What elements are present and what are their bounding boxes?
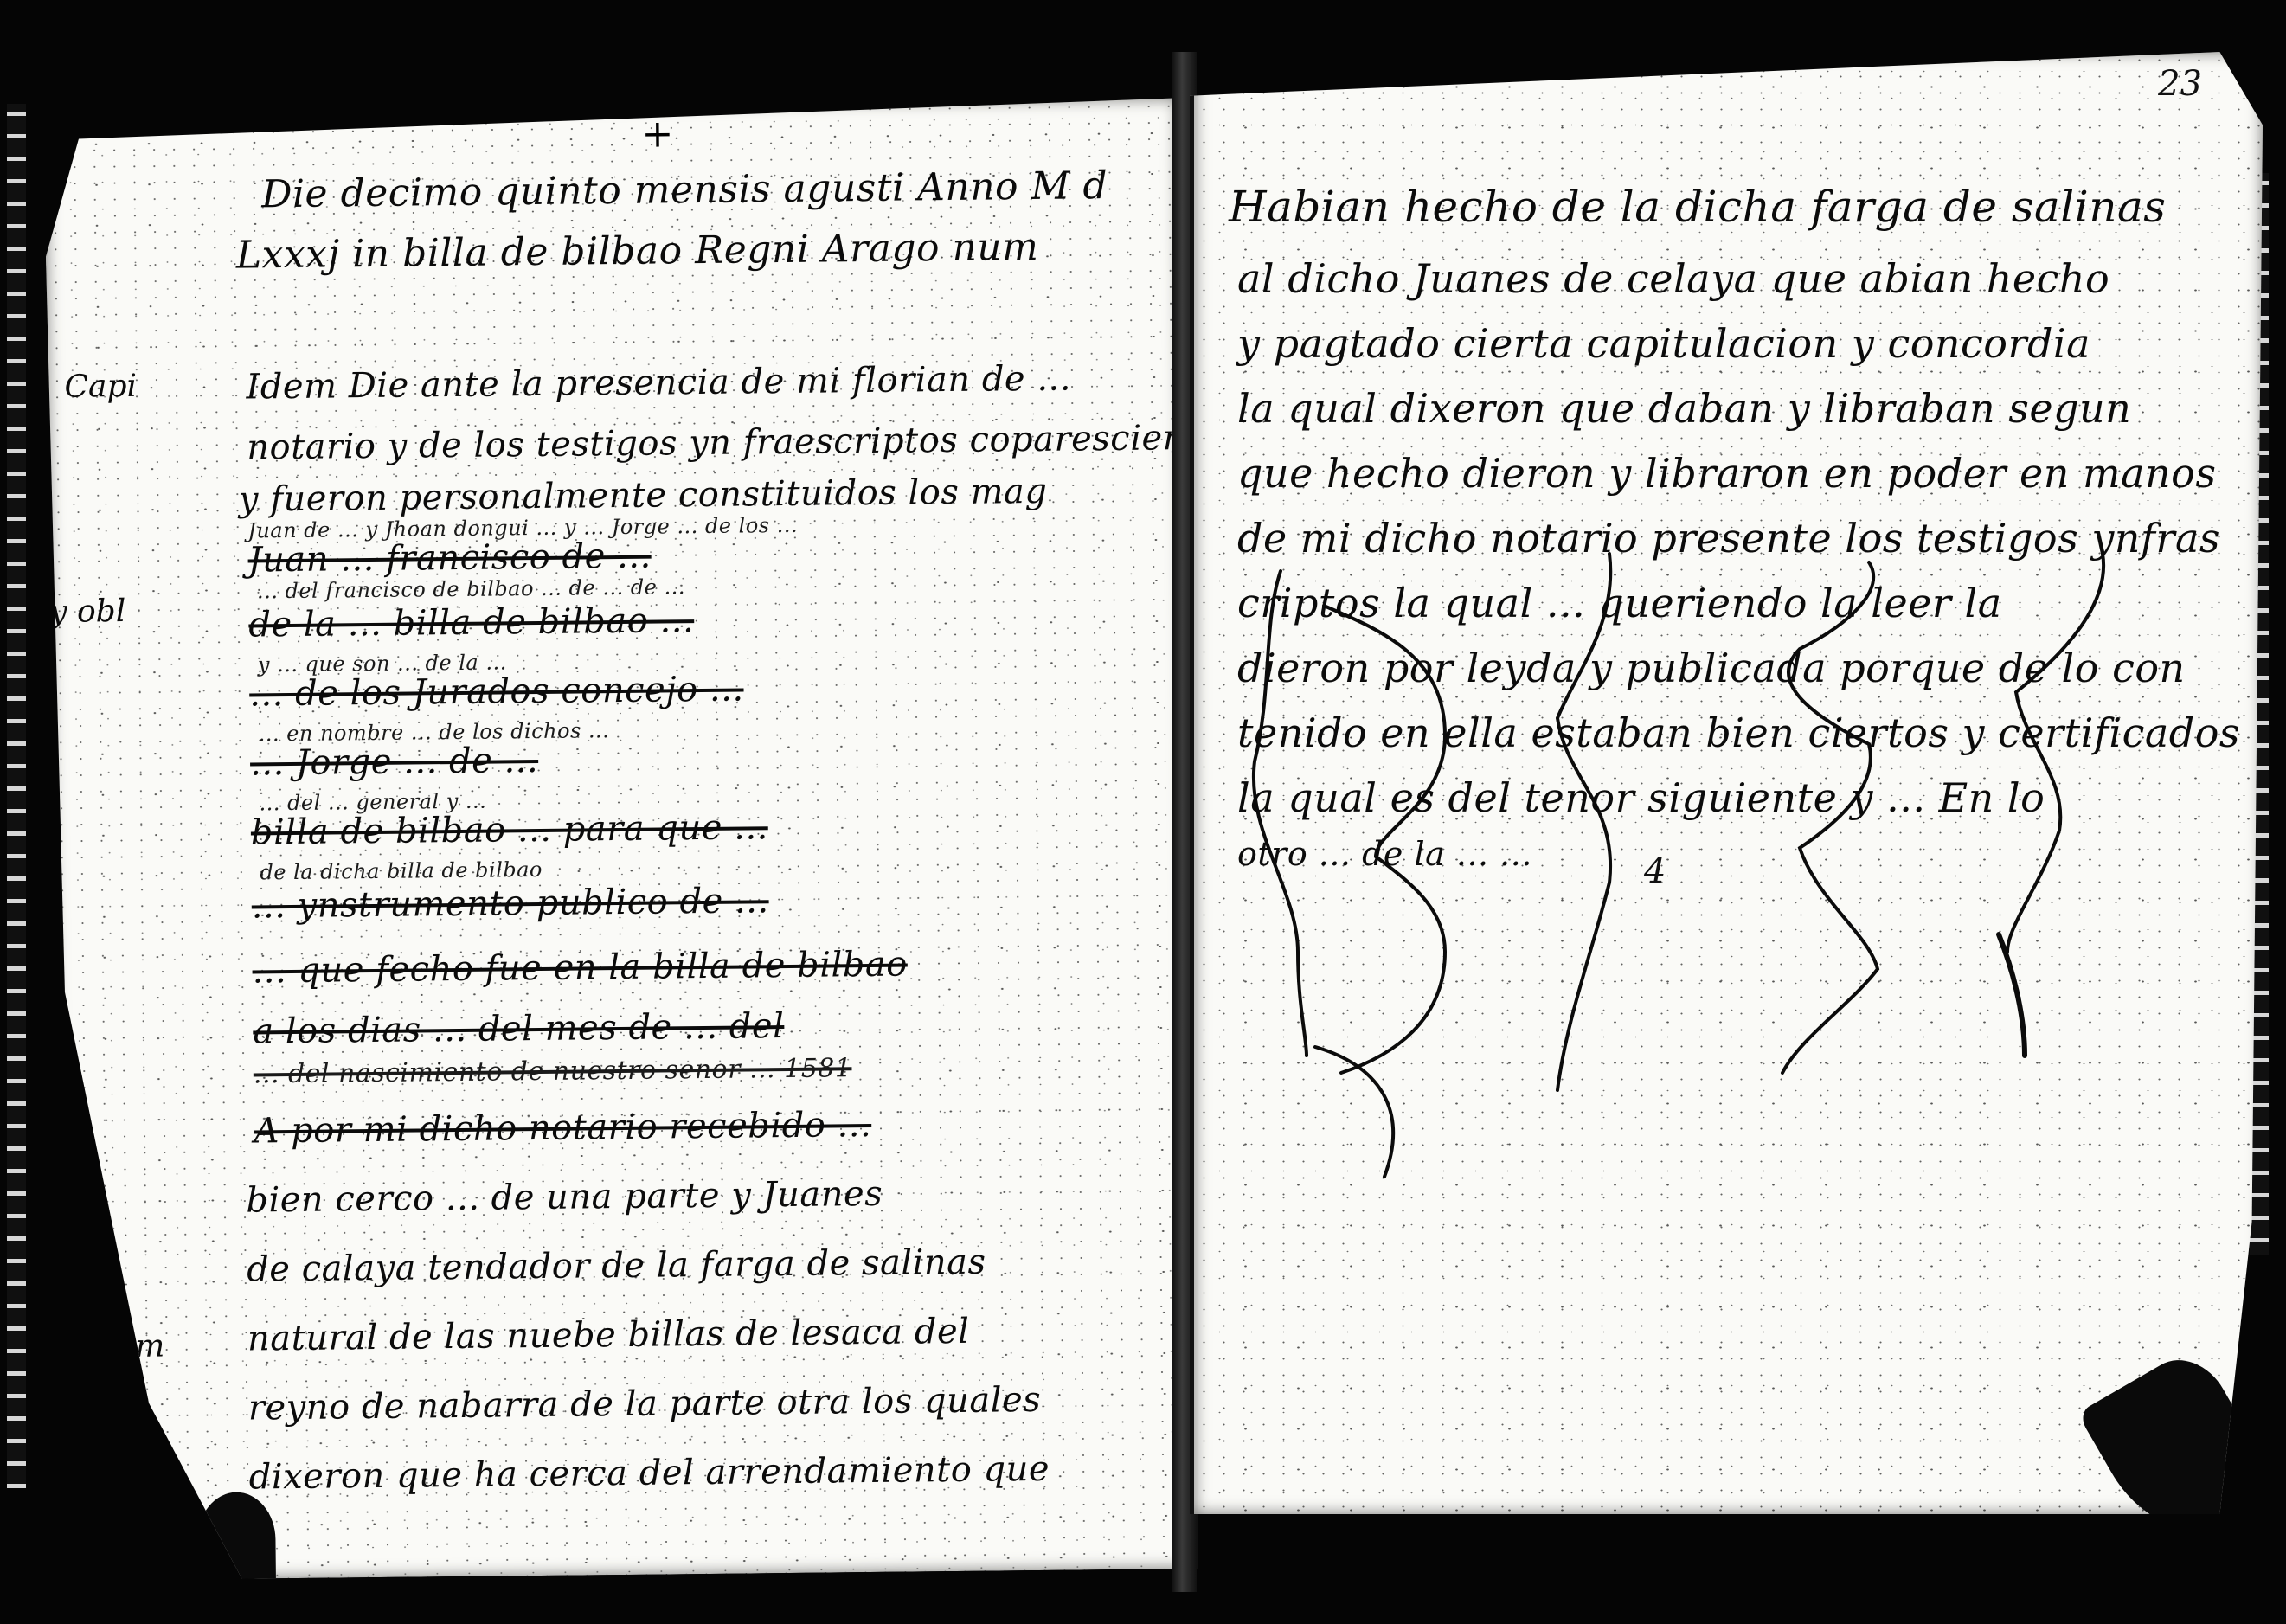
interlinear-line: ... del francisco de bilbao ... de ... d… bbox=[257, 574, 685, 603]
text-line: la qual dixeron que daban y libraban seg… bbox=[1237, 385, 2131, 432]
text-line: natural de las nuebe billas de lesaca de… bbox=[247, 1312, 970, 1359]
folio-number: 23 bbox=[2158, 64, 2202, 104]
text-line: reyno de nabarra de la parte otra los qu… bbox=[248, 1380, 1042, 1428]
heading-line: Die decimo quinto mensis agusti Anno M d bbox=[261, 164, 1108, 216]
text-line: Habian hecho de la dicha farga de salina… bbox=[1229, 182, 2166, 232]
margin-note-obl: y obl bbox=[49, 594, 125, 630]
text-line: notario y de los testigos yn fraescripto… bbox=[247, 418, 1198, 468]
struck-line: ... Jorge ... de ... bbox=[250, 741, 539, 783]
text-line: al dicho Juanes de celaya que abian hech… bbox=[1237, 255, 2109, 302]
struck-line: ... del nascimiento de nuestro senor ...… bbox=[254, 1053, 852, 1089]
struck-line: ... ynstrumento publico de ... bbox=[252, 881, 769, 926]
margin-note-capi: Capi bbox=[64, 369, 137, 405]
header-cross-mark: + bbox=[641, 112, 673, 156]
svg-text:4: 4 bbox=[1643, 851, 1666, 891]
left-page: + Die decimo quinto mensis agusti Anno M… bbox=[44, 98, 1198, 1581]
text-line: bien cerco ... de una parte y Juanes bbox=[246, 1174, 883, 1221]
text-line: dixeron que ha cerca del arrendamiento q… bbox=[248, 1449, 1050, 1498]
struck-line: billa de bilbao ... para que ... bbox=[251, 807, 768, 852]
text-line: y pagtado cierta capitulacion y concordi… bbox=[1237, 320, 2090, 367]
heading-line: Lxxxj in billa de bilbao Regni Arago num bbox=[236, 225, 1039, 278]
struck-line: A por mi dicho notario recebido ... bbox=[254, 1105, 871, 1151]
text-line: Idem Die ante la presencia de mi florian… bbox=[246, 359, 1071, 408]
cancellation-flourishes: 4 bbox=[1246, 519, 2198, 1454]
right-page: 23 Habian hecho de la dicha farga de sal… bbox=[1190, 52, 2263, 1514]
struck-line: ... que fecho fue en la billa de bilbao bbox=[252, 945, 908, 992]
interlinear-line: de la dicha billa de bilbao bbox=[260, 857, 543, 884]
struck-line: de la ... billa de bilbao ... bbox=[248, 600, 694, 645]
struck-line: Juan ... francisco de ... bbox=[247, 536, 652, 581]
struck-line: ... de los Jurados concejo ... bbox=[249, 670, 744, 715]
text-line: de calaya tendador de la farga de salina… bbox=[247, 1242, 986, 1290]
text-line: y fueron personalmente constituidos los … bbox=[239, 472, 1048, 520]
text-line: que hecho dieron y libraron en poder en … bbox=[1237, 450, 2216, 497]
left-page-edge bbox=[7, 104, 26, 1488]
struck-line: a los dias ... del mes de ... del bbox=[253, 1006, 785, 1051]
